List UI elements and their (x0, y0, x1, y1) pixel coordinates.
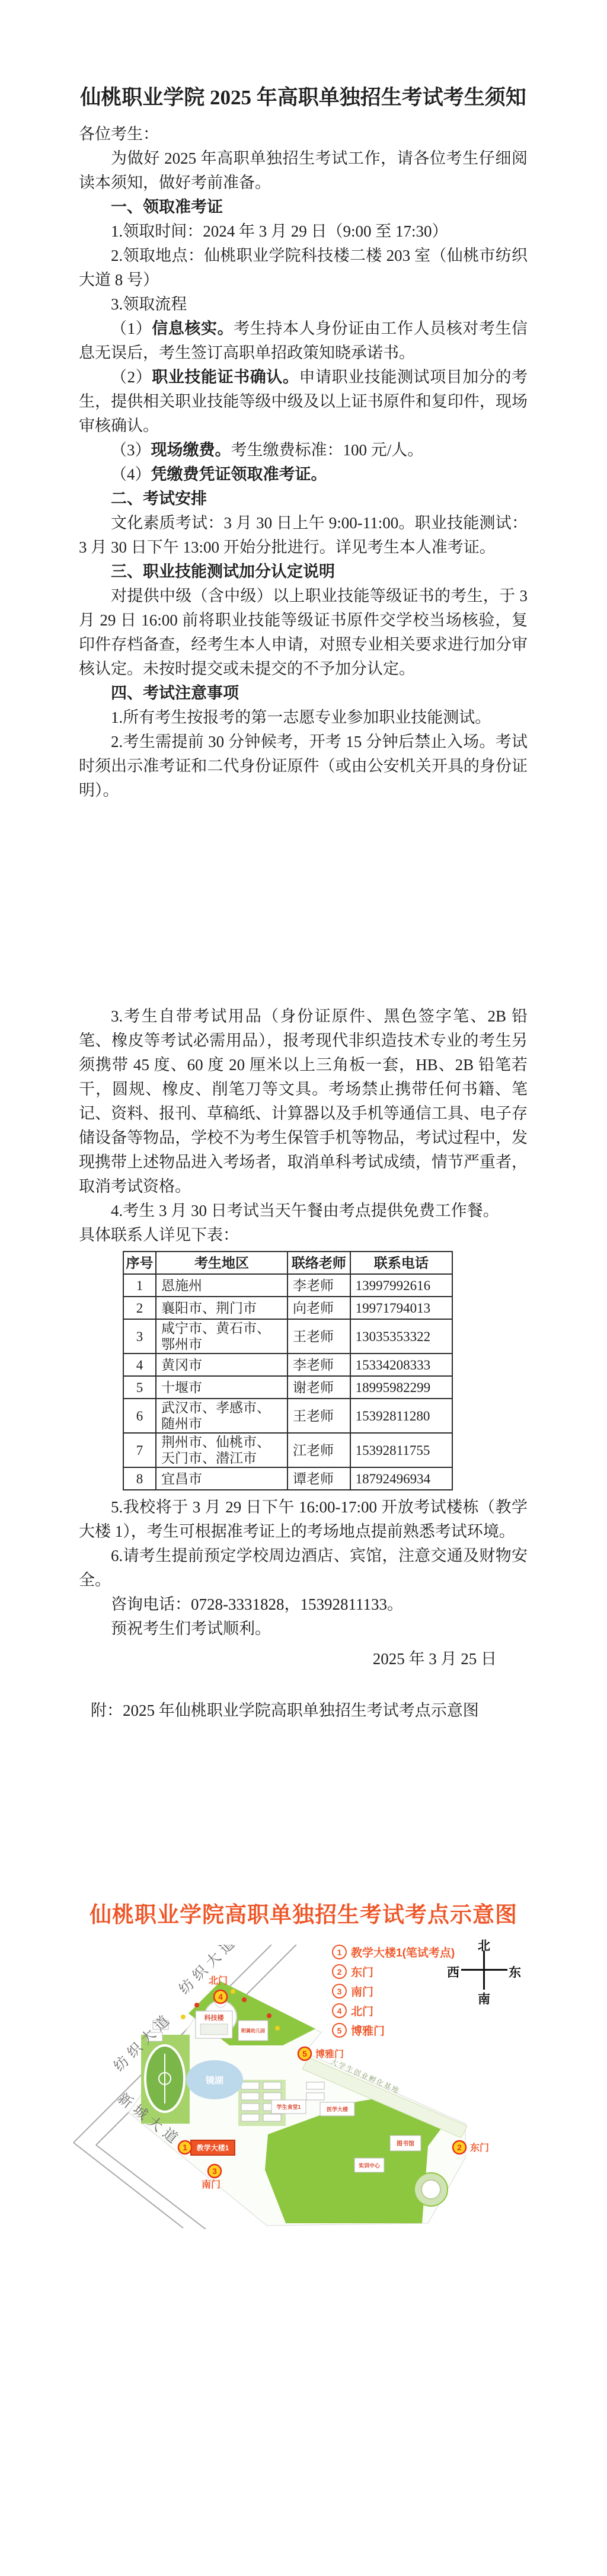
map-title: 仙桃职业学院高职单独招生考试考点示意图 (0, 1901, 607, 1929)
south-gate-label: 南门 (202, 2179, 221, 2190)
section4-heading: 四、考试注意事项 (79, 681, 528, 706)
east-gate-label: 东门 (470, 2142, 489, 2153)
section1-step4: （4）凭缴费凭证领取准考证。 (79, 462, 528, 487)
table-row: 7荆州市、仙桃市、天门市、潜江市江老师15392811755 (123, 1433, 452, 1467)
cell-phone: 13035353322 (350, 1319, 452, 1354)
compass-south: 南 (478, 1990, 490, 2007)
section4-item3: 3.考生自带考试用品（身份证原件、黑色签字笔、2B 铅笔、橡皮等考试必需用品），… (79, 1004, 528, 1199)
table-row: 4黄冈市李老师15334208333 (123, 1354, 452, 1376)
cell-no: 7 (123, 1433, 156, 1467)
canteen-label: 学生食堂1 (276, 2103, 301, 2110)
marker-2-number: 2 (457, 2143, 462, 2152)
cell-area: 武汉市、孝感市、随州市 (156, 1399, 287, 1433)
jinghu-lake: 镜湖 (186, 2060, 243, 2099)
medical-label: 医学大楼 (327, 2106, 349, 2112)
step2-lead: 职业技能证书确认。 (152, 368, 299, 386)
section1-item3: 3.领取流程 (79, 292, 528, 317)
legend-label-2: 东门 (351, 1964, 373, 1980)
compass-east: 东 (509, 1963, 521, 1981)
step3-lead: 现场缴费。 (151, 441, 231, 459)
section2-heading: 二、考试安排 (79, 487, 528, 511)
section4-item5: 5.我校将于 3 月 29 日下午 16:00-17:00 开放考试楼栋（教学大… (79, 1495, 528, 1544)
cell-teacher: 谢老师 (287, 1376, 350, 1399)
legend-label-4: 北门 (351, 2003, 373, 2019)
legend-label-3: 南门 (351, 1983, 373, 1999)
section4-item2: 2.考生需提前 30 分钟候考，开考 15 分钟后禁止入场。考试时须出示准考证和… (79, 730, 528, 803)
section4-item6: 6.请考生提前预定学校周边酒店、宾馆，注意交通及财物安全。 (79, 1544, 528, 1592)
campus-map-section: 仙桃职业学院高职单独招生考试考点示意图 (0, 1901, 607, 2229)
salutation: 各位考生： (79, 122, 528, 146)
compass-west: 西 (447, 1963, 459, 1981)
cell-phone: 15334208333 (350, 1354, 452, 1376)
keji-building: 科技楼 (196, 2011, 232, 2038)
cell-area: 黄冈市 (156, 1354, 287, 1376)
legend-num-1: 1 (332, 1945, 347, 1959)
cell-teacher: 江老师 (287, 1433, 350, 1467)
section4-item4: 4.考生 3 月 30 日考试当天午餐由考点提供免费工作餐。 (79, 1199, 528, 1223)
section1-step1: （1）信息核实。考生持本人身份证由工作人员核对考生信息无误后，考生签订高职单招政… (79, 317, 528, 365)
library-building: 图书馆 (390, 2136, 421, 2151)
cell-area: 荆州市、仙桃市、天门市、潜江市 (156, 1433, 287, 1467)
step1-lead: 信息核实。 (152, 320, 234, 337)
step1-prefix: （1） (111, 320, 152, 337)
legend-num-4: 4 (332, 2003, 347, 2018)
table-header-row: 序号 考生地区 联络老师 联系电话 (123, 1252, 452, 1274)
boya-gate-marker: 5 博雅门 (298, 2047, 344, 2060)
legend-item-5: 5博雅门 (332, 2020, 510, 2040)
step2-prefix: （2） (111, 368, 152, 386)
cell-phone: 15392811280 (350, 1399, 452, 1433)
step4-prefix: （4） (111, 465, 151, 483)
cell-area: 襄阳市、荆门市 (156, 1297, 287, 1319)
table-row: 8宜昌市谭老师18792496934 (123, 1467, 452, 1490)
cell-teacher: 向老师 (287, 1297, 350, 1319)
cell-no: 5 (123, 1376, 156, 1399)
cell-phone: 18995982299 (350, 1376, 452, 1399)
cell-phone: 15392811755 (350, 1433, 452, 1467)
legend-num-5: 5 (332, 2023, 347, 2038)
cell-teacher: 李老师 (287, 1354, 350, 1376)
cell-area: 恩施州 (156, 1274, 287, 1297)
round-building (414, 2173, 448, 2206)
library-label: 图书馆 (397, 2140, 415, 2147)
intro-paragraph: 为做好 2025 年高职单独招生考试工作，请各位考生仔细阅读本须知，做好考前准备… (79, 146, 528, 195)
section1-item2: 2.领取地点：仙桃职业学院科技楼二楼 203 室（仙桃市纺织大道 8 号） (79, 244, 528, 292)
legend-label-5: 博雅门 (351, 2022, 385, 2038)
header-phone: 联系电话 (350, 1252, 452, 1274)
date-line: 2025 年 3 月 25 日 (79, 1647, 528, 1671)
section1-item1: 1.领取时间：2024 年 3 月 29 日（9:00 至 17:30） (79, 219, 528, 244)
step3-text: 考生缴费标准：100 元/人。 (231, 441, 424, 459)
table-intro: 具体联系人详见下表： (79, 1223, 528, 1247)
teaching-building-1: 教学大楼1 1 (178, 2140, 235, 2155)
cell-no: 6 (123, 1399, 156, 1433)
cell-no: 8 (123, 1467, 156, 1490)
cell-area: 宜昌市 (156, 1467, 287, 1490)
legend-num-3: 3 (332, 1984, 347, 1999)
table-row: 3咸宁市、黄石市、鄂州市王老师13035353322 (123, 1319, 452, 1354)
teaching-building-label: 教学大楼1 (196, 2143, 229, 2152)
table-row: 6武汉市、孝感市、随州市王老师15392811280 (123, 1399, 452, 1433)
table-row: 5十堰市谢老师18995982299 (123, 1376, 452, 1399)
section1-step3: （3）现场缴费。考生缴费标准：100 元/人。 (79, 438, 528, 462)
cell-no: 1 (123, 1274, 156, 1297)
lake-label: 镜湖 (206, 2075, 223, 2086)
east-gate-marker: 2 东门 (453, 2141, 489, 2154)
kindergarten-label: 附属幼儿园 (241, 2028, 265, 2034)
cell-teacher: 王老师 (287, 1399, 350, 1433)
compass-north: 北 (478, 1936, 490, 1954)
cell-teacher: 李老师 (287, 1274, 350, 1297)
medical-building: 医学大楼 (320, 2102, 354, 2116)
section3-paragraph: 对提供中级（含中级）以上职业技能等级证书的考生，于 3 月 29 日 16:00… (79, 584, 528, 681)
marker-4-number: 4 (218, 1992, 223, 2002)
header-teacher: 联络老师 (287, 1252, 350, 1274)
cell-teacher: 谭老师 (287, 1467, 350, 1490)
compass-horizontal-line (461, 1969, 507, 1971)
cell-no: 3 (123, 1319, 156, 1354)
cell-area: 咸宁市、黄石市、鄂州市 (156, 1319, 287, 1354)
marker-5-number: 5 (302, 2049, 307, 2058)
cell-teacher: 王老师 (287, 1319, 350, 1354)
section4-item1: 1.所有考生按报考的第一志愿专业参加职业技能测试。 (79, 706, 528, 730)
canteen-building: 学生食堂1 (271, 2100, 306, 2114)
north-gate-label: 北门 (209, 1975, 228, 1986)
marker-1-number: 1 (183, 2143, 187, 2152)
keji-building-label: 科技楼 (204, 2013, 225, 2022)
campus-map: 科技楼 附属幼儿园 镜湖 学生食堂1 医学大楼 图书馆 (37, 1945, 570, 2229)
step3-prefix: （3） (111, 441, 151, 459)
training-center-label: 实训中心 (359, 2162, 381, 2169)
compass-icon: 北 南 西 东 (448, 1937, 519, 2004)
section1-step2: （2）职业技能证书确认。申请职业技能测试项目加分的考生，提供相关职业技能等级中级… (79, 365, 528, 438)
cell-phone: 13997992616 (350, 1274, 452, 1297)
contact-table: 序号 考生地区 联络老师 联系电话 1恩施州李老师13997992616 2襄阳… (123, 1251, 453, 1490)
section2-paragraph: 文化素质考试：3 月 30 日上午 9:00-11:00。职业技能测试：3 月 … (79, 511, 528, 560)
cell-area: 十堰市 (156, 1376, 287, 1399)
step4-lead: 凭缴费凭证领取准考证。 (151, 465, 327, 483)
cell-no: 4 (123, 1354, 156, 1376)
cell-phone: 19971794013 (350, 1297, 452, 1319)
marker-3-number: 3 (212, 2166, 217, 2176)
notice-document: 仙桃职业学院 2025 年高职单独招生考试考生须知 各位考生： 为做好 2025… (0, 0, 607, 1723)
legend-label-1: 教学大楼1(笔试考点) (351, 1944, 455, 1960)
page-break-gap (79, 803, 528, 1004)
boya-gate-label: 博雅门 (315, 2048, 344, 2060)
kindergarten-building: 附属幼儿园 (238, 2020, 268, 2041)
attachment-line: 附：2025 年仙桃职业学院高职单独招生考试考点示意图 (79, 1699, 528, 1723)
document-title: 仙桃职业学院 2025 年高职单独招生考试考生须知 (79, 0, 528, 113)
cell-phone: 18792496934 (350, 1467, 452, 1490)
table-row: 2襄阳市、荆门市向老师19971794013 (123, 1297, 452, 1319)
phone-line: 咨询电话：0728-3331828，15392811133。 (79, 1592, 528, 1617)
header-area: 考生地区 (156, 1252, 287, 1274)
legend-num-2: 2 (332, 1964, 347, 1979)
section1-heading: 一、领取准考证 (79, 195, 528, 219)
cell-no: 2 (123, 1297, 156, 1319)
table-row: 1恩施州李老师13997992616 (123, 1274, 452, 1297)
training-center-building: 实训中心 (354, 2158, 384, 2172)
header-no: 序号 (123, 1252, 156, 1274)
section3-heading: 三、职业技能测试加分认定说明 (79, 560, 528, 584)
wish-line: 预祝考生们考试顺利。 (79, 1617, 528, 1641)
